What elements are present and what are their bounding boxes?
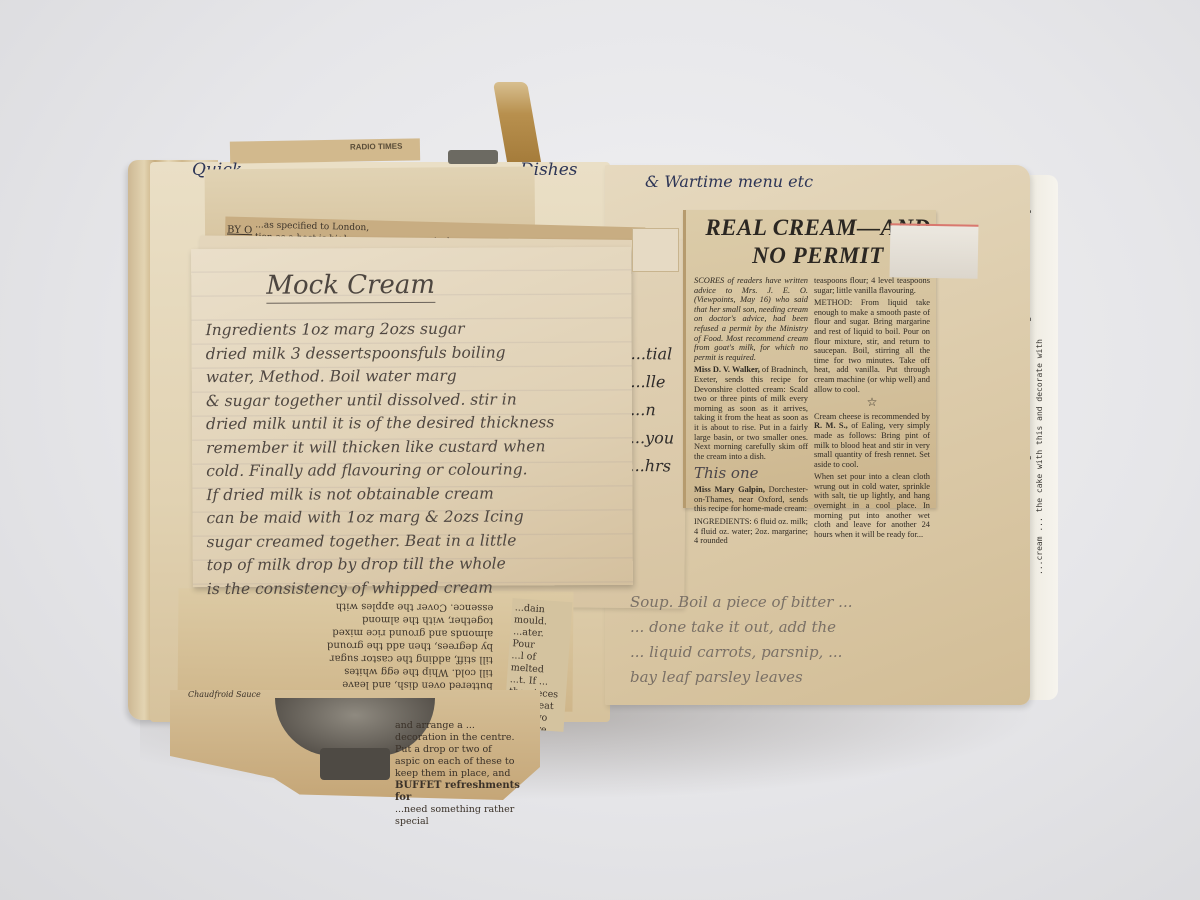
tape-piece [448,150,498,164]
radio-times-strip: RADIO TIMES [230,138,420,163]
pencil-note-this-one: This one [694,464,808,482]
mock-cream-title: Mock Cream [266,270,435,304]
buffet-text: and arrange a ... decoration in the cent… [395,720,535,828]
bowl-foot-illustration [320,748,390,780]
mock-cream-recipe-card: Mock Cream Ingredients 1oz marg 2ozs sug… [191,247,633,587]
chaudfroid-caption: Chaudfroid Sauce [188,690,261,699]
star-icon: ☆ [814,398,930,408]
wartime-menu-heading: & Wartime menu etc [645,172,813,191]
clipping-column-1: SCORES of readers have written advice to… [694,276,808,549]
mock-cream-body: Ingredients 1oz marg 2ozs sugar dried mi… [205,317,621,601]
paper-label-tag [890,223,979,279]
ribbon-bookmark [493,82,541,162]
soup-pencil-note: Soup. Boil a piece of bitter ... ... don… [630,590,1010,690]
side-handwriting: ...tial ...lle ...n ...you ...hrs [629,340,675,480]
paper-tab [632,228,679,272]
clipping-column-2: teaspoons flour; 4 level teaspoons sugar… [814,276,930,542]
